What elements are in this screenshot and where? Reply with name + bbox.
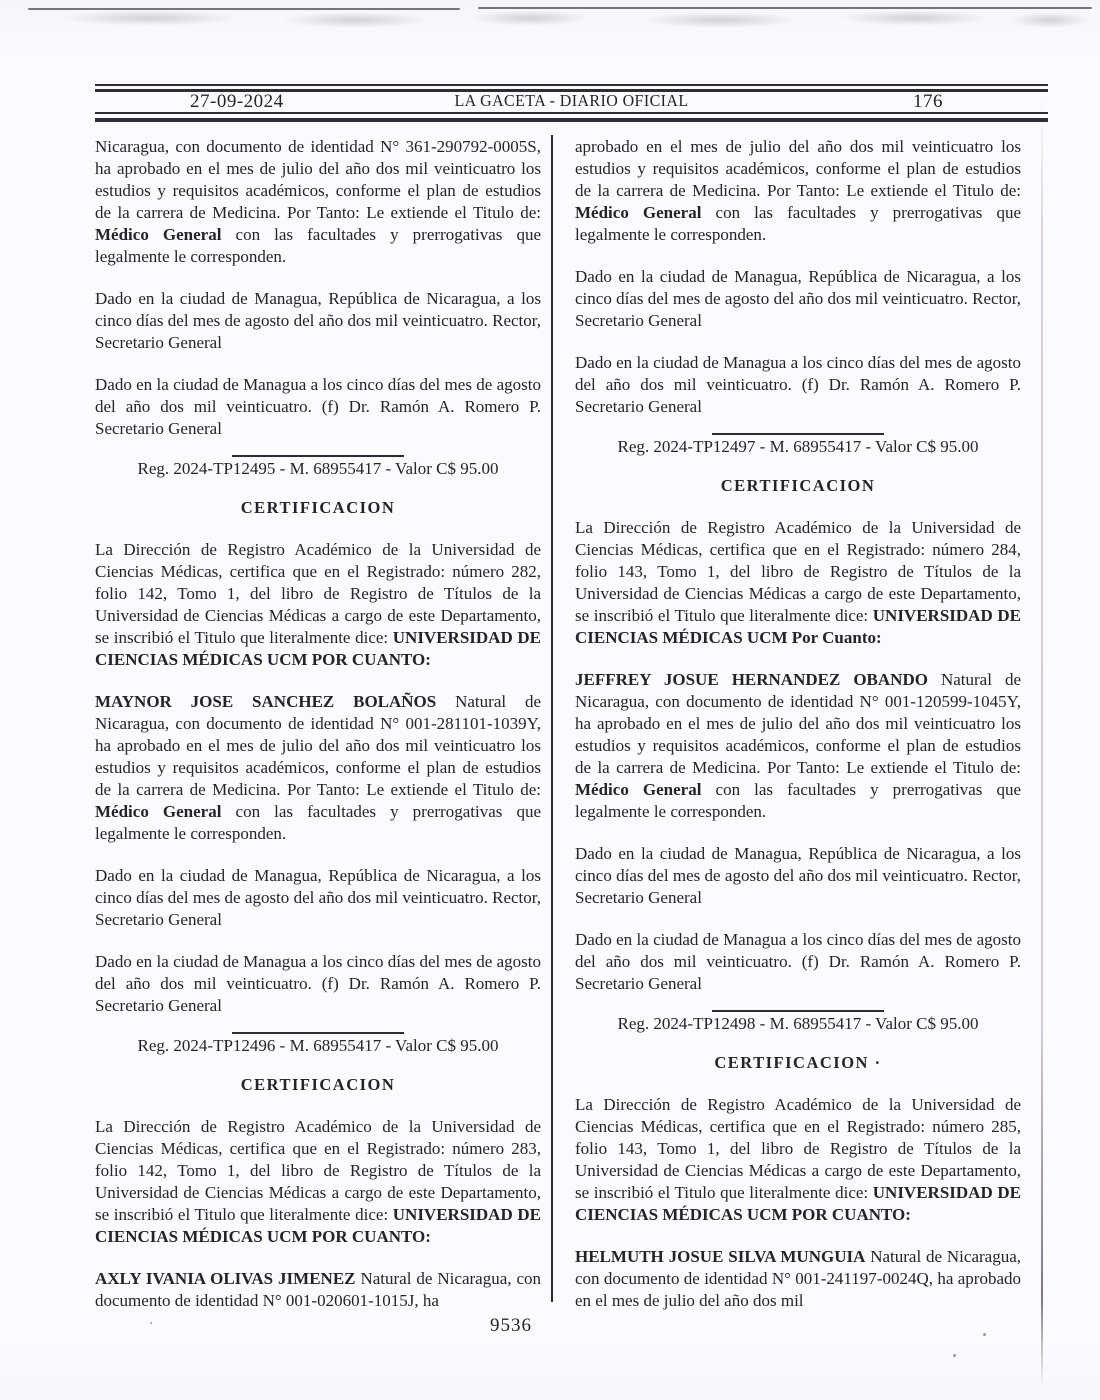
bold-text: HELMUTH JOSUE SILVA MUNGUIA [575,1247,865,1266]
bold-text: Médico General [575,203,701,222]
scan-smudge [640,12,800,28]
registration-text: Reg. 2024-TP12497 - M. 68955417 - Valor … [575,436,1021,458]
column-divider [551,135,553,1302]
header-rule-bottom-thick [95,118,1048,122]
scan-smudge [840,10,990,26]
paragraph: AXLY IVANIA OLIVAS JIMENEZ Natural de Ni… [95,1268,541,1312]
paragraph: La Dirección de Registro Académico de la… [575,1094,1021,1226]
scan-smudge [280,12,430,28]
paragraph: La Dirección de Registro Académico de la… [95,1116,541,1248]
bold-text: Médico General [575,780,701,799]
bold-text: JEFFREY JOSUE HERNANDEZ OBANDO [575,670,928,689]
paragraph: Dado en la ciudad de Managua a los cinco… [95,951,541,1017]
scan-artifact-top-line-left [28,8,460,10]
scan-smudge [60,10,240,26]
registration-line: Reg. 2024-TP12495 - M. 68955417 - Valor … [95,455,541,480]
body-text: Dado en la ciudad de Managua a los cinco… [95,952,541,1015]
paragraph: Dado en la ciudad de Managua, República … [575,843,1021,909]
page-header: LA GACETA - DIARIO OFICIAL 27-09-2024 17… [95,92,1048,112]
registration-line: Reg. 2024-TP12496 - M. 68955417 - Valor … [95,1032,541,1057]
registration-separator [232,455,404,457]
registration-line: Reg. 2024-TP12498 - M. 68955417 - Valor … [575,1010,1021,1035]
paragraph: aprobado en el mes de julio del año dos … [575,136,1021,246]
bold-text: MAYNOR JOSE SANCHEZ BOLAÑOS [95,692,436,711]
body-text: Nicaragua, con documento de identidad N°… [95,137,541,222]
registration-text: Reg. 2024-TP12495 - M. 68955417 - Valor … [95,458,541,480]
paragraph: La Dirección de Registro Académico de la… [575,517,1021,649]
left-column: Nicaragua, con documento de identidad N°… [95,136,541,1312]
paragraph: MAYNOR JOSE SANCHEZ BOLAÑOS Natural de N… [95,691,541,845]
paragraph: Dado en la ciudad de Managua a los cinco… [575,929,1021,995]
bold-text: Médico General [95,225,221,244]
paragraph: Dado en la ciudad de Managua a los cinco… [575,352,1021,418]
paragraph: JEFFREY JOSUE HERNANDEZ OBANDO Natural d… [575,669,1021,823]
registration-separator [232,1032,404,1034]
paragraph: Dado en la ciudad de Managua a los cinco… [95,374,541,440]
paragraph: HELMUTH JOSUE SILVA MUNGUIA Natural de N… [575,1246,1021,1312]
scan-smudge [1010,12,1090,28]
body-text: Dado en la ciudad de Managua a los cinco… [575,353,1021,416]
body-text: Dado en la ciudad de Managua, República … [95,289,541,352]
certification-heading: CERTIFICACION [95,497,541,519]
registration-line: Reg. 2024-TP12497 - M. 68955417 - Valor … [575,433,1021,458]
registration-separator [712,433,884,435]
body-text: Dado en la ciudad de Managua, República … [575,844,1021,907]
registration-text: Reg. 2024-TP12498 - M. 68955417 - Valor … [575,1013,1021,1035]
header-rule-top-thin [95,84,1048,86]
certification-heading: CERTIFICACION [575,475,1021,497]
paragraph: Dado en la ciudad de Managua, República … [95,865,541,931]
registration-text: Reg. 2024-TP12496 - M. 68955417 - Valor … [95,1035,541,1057]
registration-separator [712,1010,884,1012]
body-text: aprobado en el mes de julio del año dos … [575,137,1021,200]
right-column: aprobado en el mes de julio del año dos … [575,136,1021,1312]
scan-artifact-page-edge [1041,96,1043,1388]
gazette-title: LA GACETA - DIARIO OFICIAL [95,93,1048,112]
bold-text: AXLY IVANIA OLIVAS JIMENEZ [95,1269,356,1288]
paragraph: Dado en la ciudad de Managua, República … [575,266,1021,332]
footer-page-number: 9536 [0,1315,1022,1337]
paragraph: Dado en la ciudad de Managua, República … [95,288,541,354]
body-text: Dado en la ciudad de Managua, República … [575,267,1021,330]
bold-text: Médico General [95,802,221,821]
body-text: Dado en la ciudad de Managua a los cinco… [575,930,1021,993]
scan-speck [953,1354,956,1357]
scan-smudge [470,10,590,26]
body-text: Dado en la ciudad de Managua a los cinco… [95,375,541,438]
scan-artifact-top-line-right [478,7,1092,9]
certification-heading: CERTIFICACION [95,1074,541,1096]
paragraph: La Dirección de Registro Académico de la… [95,539,541,671]
body-text: Dado en la ciudad de Managua, República … [95,866,541,929]
gazette-page: LA GACETA - DIARIO OFICIAL 27-09-2024 17… [0,0,1100,1400]
certification-heading: CERTIFICACION · [575,1052,1021,1074]
paragraph: Nicaragua, con documento de identidad N°… [95,136,541,268]
